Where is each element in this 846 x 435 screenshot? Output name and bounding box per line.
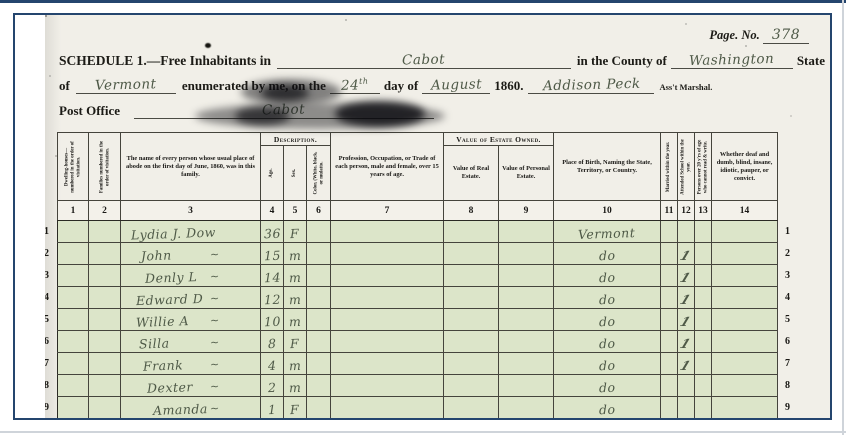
birthplace-cell: do (554, 331, 661, 353)
name-cell: Willie A~ (121, 309, 261, 331)
col-header-cannot-read: Persons over 20 y'rs of age who cannot r… (695, 133, 712, 201)
personal-estate-cell (499, 309, 554, 331)
ditto-mark: ~ (210, 358, 220, 371)
birthplace-cell: do (554, 375, 661, 397)
age-cell: 36 (261, 221, 284, 243)
schedule-label: SCHEDULE 1.—Free Inhabitants in (59, 53, 271, 69)
real-estate-cell (444, 375, 499, 397)
ink-smudge (261, 85, 309, 101)
ditto-mark: ~ (210, 380, 220, 393)
col-header-families: Families numbered in the order of visita… (89, 133, 121, 201)
age-cell: 8 (261, 331, 284, 353)
census-row: John~ 15 m do 1 (58, 243, 778, 265)
of-label: of (59, 78, 70, 94)
col-num: 12 (678, 201, 695, 221)
school-cell: 1 (678, 287, 695, 309)
real-estate-cell (444, 287, 499, 309)
row-number: 6 (45, 330, 56, 352)
ditto-mark: ~ (210, 248, 220, 261)
ink-smudge (335, 101, 425, 127)
census-table: Dwelling-houses— numbered in the order o… (57, 132, 778, 418)
name-cell: John~ (121, 243, 261, 265)
real-estate-cell (444, 309, 499, 331)
county-value: Washington (689, 51, 775, 69)
col-header-real-estate: Value of Real Estate. (444, 146, 499, 201)
occupation-cell (331, 309, 444, 331)
real-estate-cell (444, 243, 499, 265)
sex-cell: F (284, 331, 307, 353)
birthplace-cell: do (554, 265, 661, 287)
remarks-cell (712, 375, 778, 397)
school-cell (678, 221, 695, 243)
personal-estate-cell (499, 397, 554, 419)
cannot-read-cell (695, 397, 712, 419)
dwelling-cell (58, 375, 89, 397)
dwelling-cell (58, 287, 89, 309)
cannot-read-cell (695, 375, 712, 397)
sex-cell: F (284, 397, 307, 419)
census-row: Edward D~ 12 m do 1 (58, 287, 778, 309)
page-number-blank: 378 (763, 28, 809, 44)
row-number: 3 (785, 264, 801, 286)
town-blank: Cabot (277, 53, 571, 69)
col-num: 9 (499, 201, 554, 221)
ink-smudge (235, 107, 290, 125)
col-header-school: Attended School within the year. (678, 133, 695, 201)
row-number: 2 (45, 242, 56, 264)
personal-estate-cell (499, 221, 554, 243)
row-number-gutter-left: 1 2 3 4 5 6 7 8 9 (45, 220, 56, 418)
row-number: 1 (785, 220, 801, 242)
ditto-mark: ~ (210, 336, 220, 349)
school-cell (678, 397, 695, 419)
married-cell (661, 375, 678, 397)
name-cell: Dexter~ (121, 375, 261, 397)
month-value: August (430, 76, 482, 93)
married-cell (661, 397, 678, 419)
dwelling-cell (58, 397, 89, 419)
birthplace-cell: do (554, 287, 661, 309)
row-number: 3 (45, 264, 56, 286)
married-cell (661, 309, 678, 331)
remarks-cell (712, 243, 778, 265)
color-cell (307, 309, 331, 331)
ditto-mark: ~ (210, 270, 220, 283)
row-number: 9 (785, 396, 801, 418)
age-cell: 10 (261, 309, 284, 331)
year-label: 1860. (494, 78, 523, 94)
col-num: 10 (554, 201, 661, 221)
family-cell (89, 243, 121, 265)
state-blank: Vermont (76, 78, 176, 94)
remarks-cell (712, 221, 778, 243)
married-cell (661, 221, 678, 243)
col-num: 7 (331, 201, 444, 221)
occupation-cell (331, 265, 444, 287)
col-num: 4 (261, 201, 284, 221)
sex-cell: m (284, 243, 307, 265)
remarks-cell (712, 309, 778, 331)
page-number-label: Page. No. (709, 28, 759, 42)
age-cell: 12 (261, 287, 284, 309)
real-estate-cell (444, 353, 499, 375)
row-number: 8 (785, 374, 801, 396)
col-num: 1 (58, 201, 89, 221)
col-header-personal-estate: Value of Personal Estate. (499, 146, 554, 201)
age-cell: 15 (261, 243, 284, 265)
birthplace-cell: do (554, 309, 661, 331)
bottom-edge-line (0, 431, 846, 433)
birthplace-cell: do (554, 353, 661, 375)
birthplace-cell: Vermont (554, 221, 661, 243)
census-row: Frank~ 4 m do 1 (58, 353, 778, 375)
col-header-occupation: Profession, Occupation, or Trade of each… (331, 133, 444, 201)
sex-cell: m (284, 375, 307, 397)
married-cell (661, 265, 678, 287)
row-number: 4 (785, 286, 801, 308)
name-cell: Lydia J. Dow (121, 221, 261, 243)
name-cell: Amanda~ (121, 397, 261, 419)
enumeration-line: of Vermont enumerated by me, on the 24th… (59, 78, 825, 94)
real-estate-cell (444, 331, 499, 353)
month-blank: August (422, 78, 490, 94)
married-cell (661, 353, 678, 375)
dwelling-cell (58, 331, 89, 353)
sex-cell: F (284, 221, 307, 243)
col-header-color: Color, (White, black, or mulatto. (307, 146, 331, 201)
col-header-married: Married within the year. (661, 133, 678, 201)
remarks-cell (712, 353, 778, 375)
row-number: 6 (785, 330, 801, 352)
occupation-cell (331, 221, 444, 243)
col-num: 6 (307, 201, 331, 221)
real-estate-cell (444, 221, 499, 243)
family-cell (89, 221, 121, 243)
census-scan-screenshot: Page. No. 378 SCHEDULE 1.—Free Inhabitan… (0, 0, 846, 435)
age-cell: 14 (261, 265, 284, 287)
col-num: 14 (712, 201, 778, 221)
col-num: 13 (695, 201, 712, 221)
color-cell (307, 331, 331, 353)
birthplace-cell: do (554, 397, 661, 419)
state-value: Vermont (95, 76, 157, 94)
census-row: Denly L~ 14 m do 1 (58, 265, 778, 287)
col-header-name: The name of every person whose usual pla… (121, 133, 261, 201)
page-number-value: 378 (772, 27, 800, 43)
cannot-read-cell (695, 309, 712, 331)
row-number: 4 (45, 286, 56, 308)
occupation-cell (331, 287, 444, 309)
family-cell (89, 309, 121, 331)
school-cell: 1 (678, 243, 695, 265)
row-number: 1 (45, 220, 56, 242)
group-header-estate: Value of Estate Owned. (444, 133, 554, 146)
color-cell (307, 397, 331, 419)
row-number: 9 (45, 396, 56, 418)
col-header-remarks: Whether deaf and dumb, blind, insane, id… (712, 133, 778, 201)
personal-estate-cell (499, 375, 554, 397)
family-cell (89, 331, 121, 353)
married-cell (661, 331, 678, 353)
row-number-gutter-right: 1 2 3 4 5 6 7 8 9 (781, 220, 801, 418)
dwelling-cell (58, 353, 89, 375)
family-cell (89, 265, 121, 287)
marshal-name: Addison Peck (542, 76, 640, 95)
married-cell (661, 287, 678, 309)
color-cell (307, 243, 331, 265)
remarks-cell (712, 331, 778, 353)
row-number: 7 (785, 352, 801, 374)
personal-estate-cell (499, 243, 554, 265)
cannot-read-cell (695, 265, 712, 287)
name-cell: Edward D~ (121, 287, 261, 309)
name-cell: Silla~ (121, 331, 261, 353)
ditto-mark: ~ (210, 402, 220, 415)
col-num: 2 (89, 201, 121, 221)
col-header-dwelling: Dwelling-houses— numbered in the order o… (58, 133, 89, 201)
sex-cell: m (284, 287, 307, 309)
cannot-read-cell (695, 287, 712, 309)
page-number-line: Page. No. 378 (709, 27, 809, 44)
birthplace-cell: do (554, 243, 661, 265)
census-table-wrap: Dwelling-houses— numbered in the order o… (57, 132, 777, 418)
occupation-cell (331, 243, 444, 265)
county-label: in the County of (577, 53, 667, 69)
occupation-cell (331, 375, 444, 397)
col-num: 3 (121, 201, 261, 221)
sex-cell: m (284, 353, 307, 375)
county-blank: Washington (671, 53, 793, 69)
personal-estate-cell (499, 287, 554, 309)
row-number: 2 (785, 242, 801, 264)
color-cell (307, 287, 331, 309)
census-row: Amanda~ 1 F do (58, 397, 778, 419)
row-number: 8 (45, 374, 56, 396)
color-cell (307, 353, 331, 375)
family-cell (89, 353, 121, 375)
personal-estate-cell (499, 353, 554, 375)
cannot-read-cell (695, 243, 712, 265)
dwelling-cell (58, 243, 89, 265)
remarks-cell (712, 397, 778, 419)
col-header-birthplace: Place of Birth, Naming the State, Territ… (554, 133, 661, 201)
color-cell (307, 375, 331, 397)
school-cell (678, 375, 695, 397)
col-header-sex: Sex. (284, 146, 307, 201)
occupation-cell (331, 397, 444, 419)
marshal-blank: Addison Peck (528, 78, 654, 94)
occupation-cell (331, 331, 444, 353)
column-number-row: 1 2 3 4 5 6 7 8 9 10 11 12 13 14 (58, 201, 778, 221)
cannot-read-cell (695, 353, 712, 375)
family-cell (89, 287, 121, 309)
name-cell: Denly L~ (121, 265, 261, 287)
schedule-title-line: SCHEDULE 1.—Free Inhabitants in Cabot in… (59, 53, 825, 69)
family-cell (89, 397, 121, 419)
group-header-description: Description. (261, 133, 331, 146)
ditto-mark: ~ (210, 314, 220, 327)
name-cell: Frank~ (121, 353, 261, 375)
sex-cell: m (284, 265, 307, 287)
row-number: 7 (45, 352, 56, 374)
family-cell (89, 375, 121, 397)
town-value: Cabot (402, 51, 445, 68)
school-cell: 1 (678, 309, 695, 331)
row-number: 5 (785, 308, 801, 330)
post-office-label: Post Office (59, 103, 120, 119)
col-num: 5 (284, 201, 307, 221)
color-cell (307, 265, 331, 287)
group-header-row: Dwelling-houses— numbered in the order o… (58, 133, 778, 146)
remarks-cell (712, 265, 778, 287)
real-estate-cell (444, 265, 499, 287)
row-number: 5 (45, 308, 56, 330)
day-value: 24th (341, 76, 369, 93)
census-row: Dexter~ 2 m do (58, 375, 778, 397)
marshal-title: Ass't Marshal. (659, 82, 712, 94)
cannot-read-cell (695, 331, 712, 353)
ink-dot (205, 43, 211, 48)
real-estate-cell (444, 397, 499, 419)
top-border-strip (0, 0, 846, 3)
age-cell: 4 (261, 353, 284, 375)
age-cell: 2 (261, 375, 284, 397)
day-of-label: day of (384, 78, 418, 94)
census-row: Lydia J. Dow 36 F Vermont (58, 221, 778, 243)
state-word: State (797, 53, 825, 69)
personal-estate-cell (499, 331, 554, 353)
col-num: 8 (444, 201, 499, 221)
dwelling-cell (58, 309, 89, 331)
sex-cell: m (284, 309, 307, 331)
school-cell: 1 (678, 265, 695, 287)
census-row: Silla~ 8 F do 1 (58, 331, 778, 353)
cannot-read-cell (695, 221, 712, 243)
dwelling-cell (58, 221, 89, 243)
school-cell: 1 (678, 331, 695, 353)
personal-estate-cell (499, 265, 554, 287)
census-row: Willie A~ 10 m do 1 (58, 309, 778, 331)
dwelling-cell (58, 265, 89, 287)
col-header-age: Age. (261, 146, 284, 201)
occupation-cell (331, 353, 444, 375)
married-cell (661, 243, 678, 265)
ditto-mark: ~ (210, 292, 220, 305)
remarks-cell (712, 287, 778, 309)
school-cell: 1 (678, 353, 695, 375)
census-document-page: Page. No. 378 SCHEDULE 1.—Free Inhabitan… (45, 15, 831, 418)
col-num: 11 (661, 201, 678, 221)
age-cell: 1 (261, 397, 284, 419)
color-cell (307, 221, 331, 243)
right-edge-line (842, 0, 844, 435)
